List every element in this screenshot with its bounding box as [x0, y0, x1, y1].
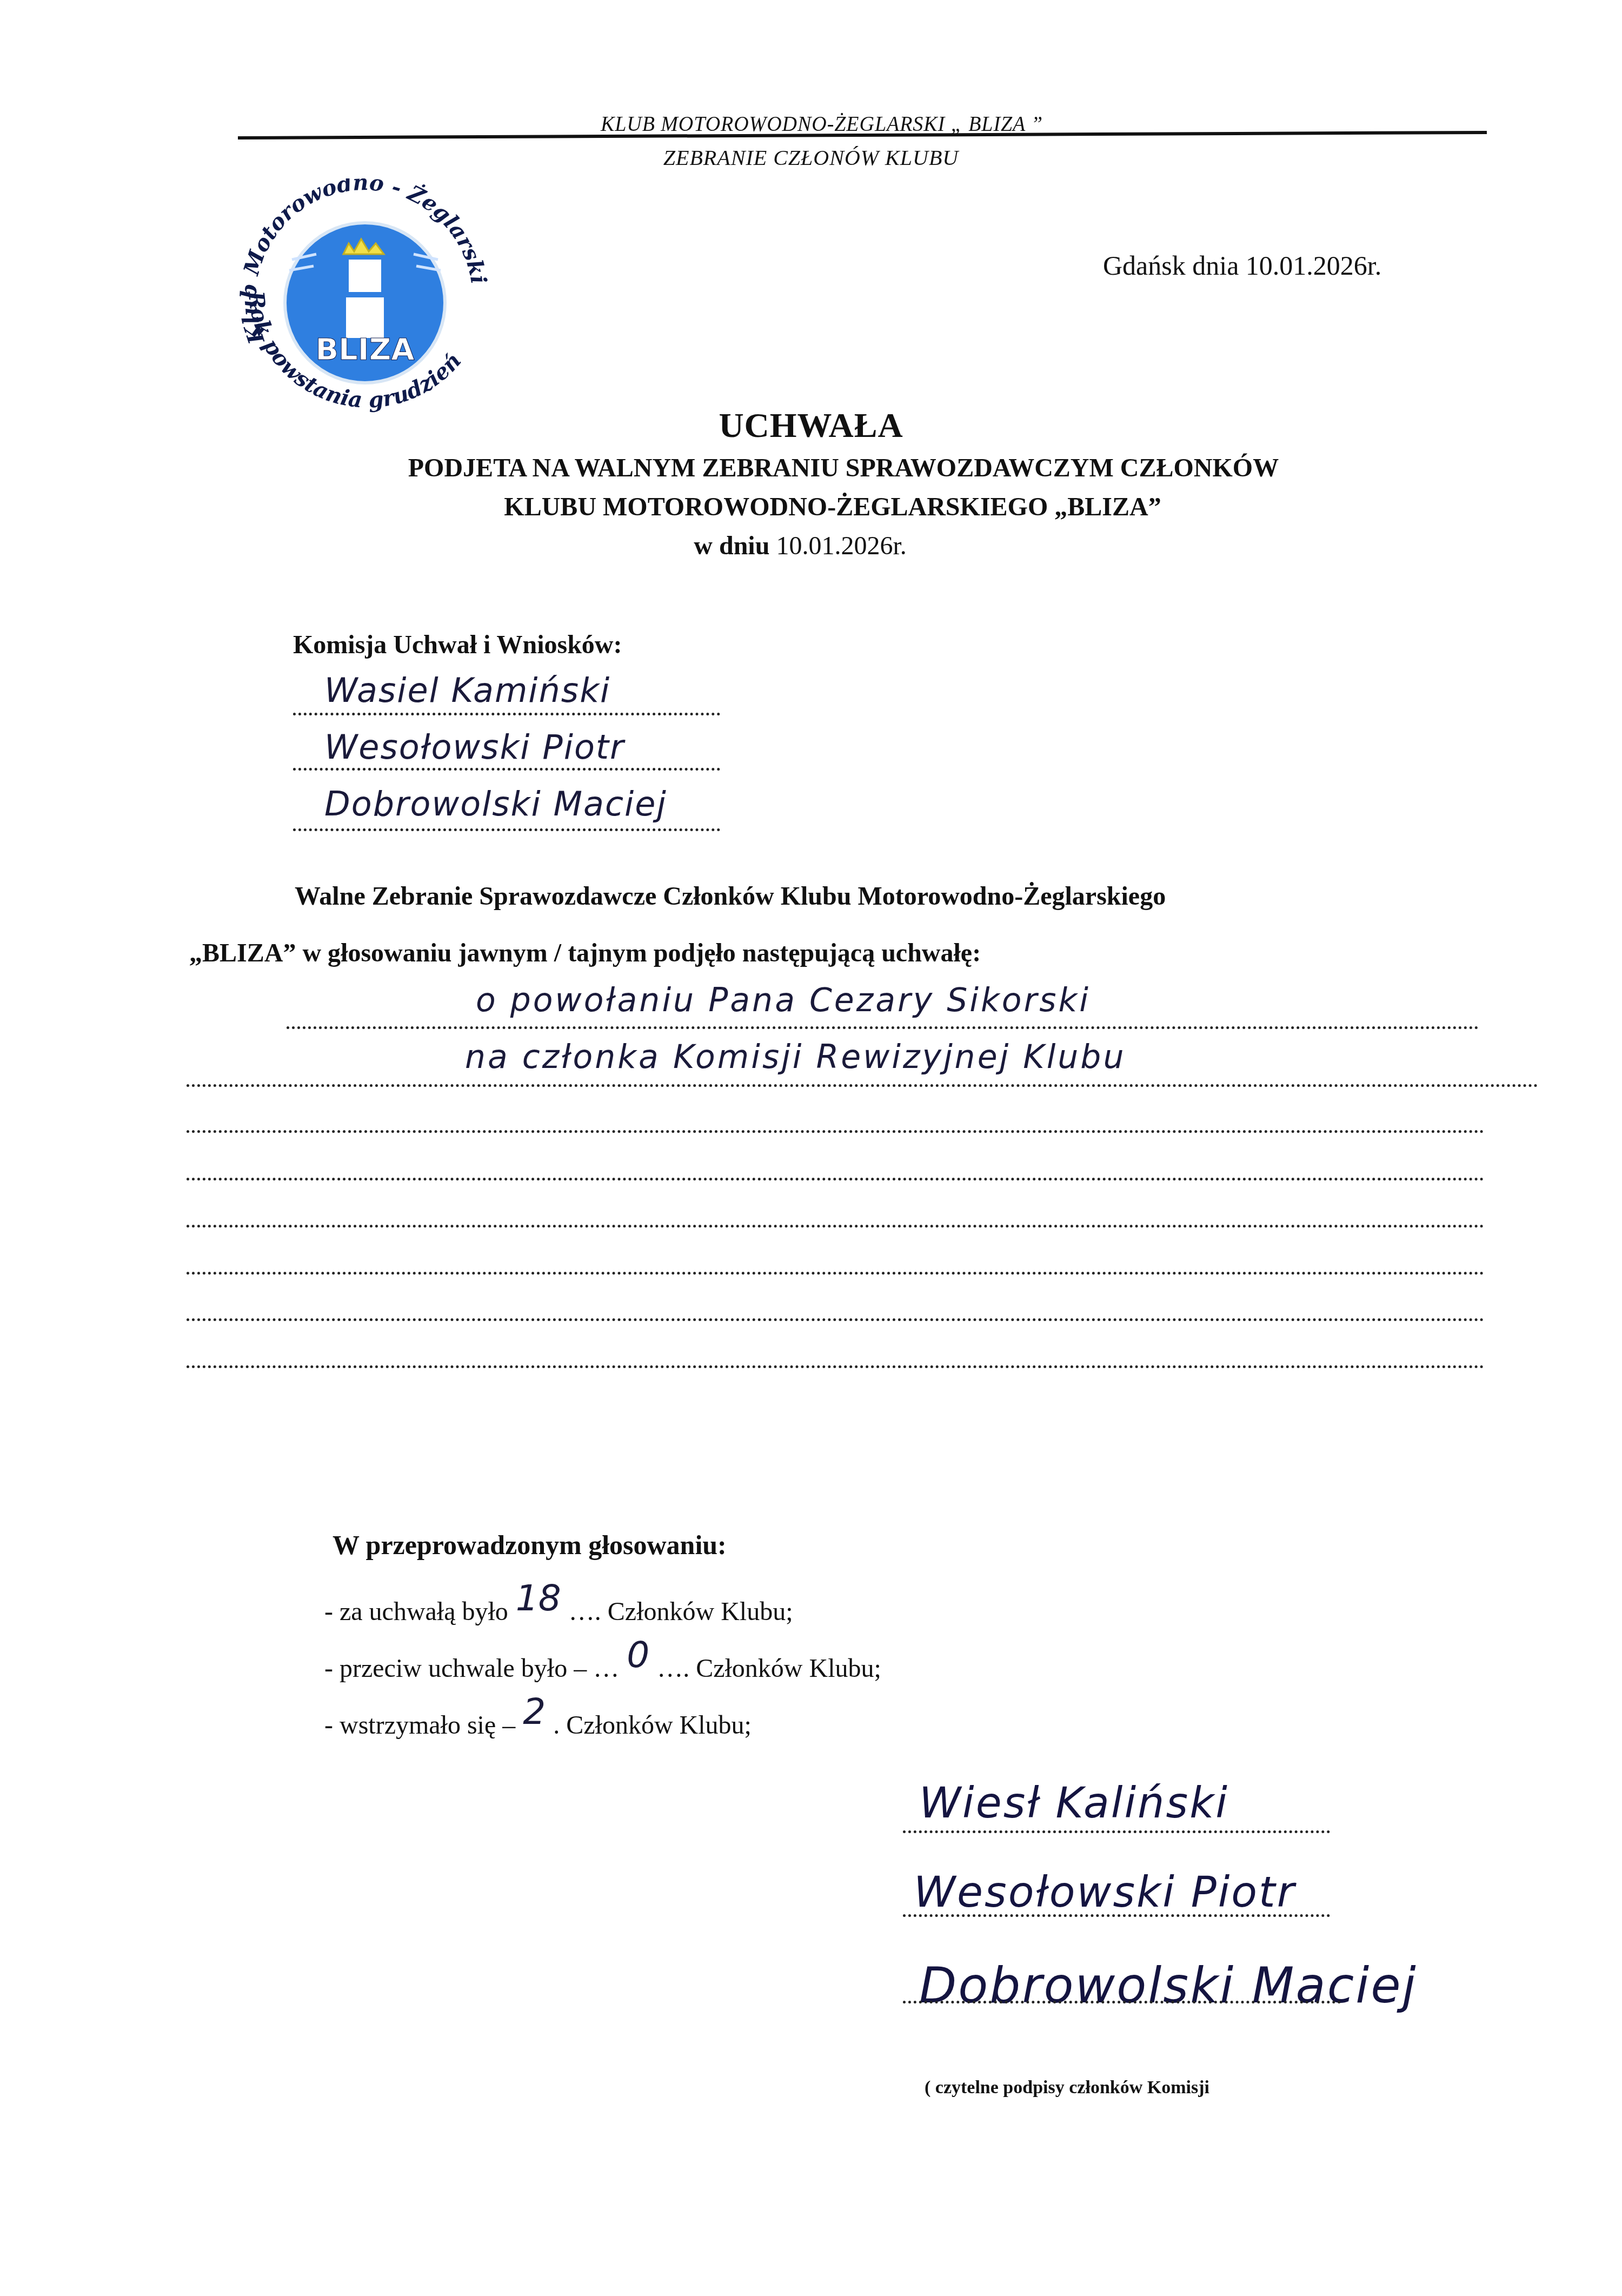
vote-against-count: 0: [627, 1634, 649, 1676]
resolution-line: [187, 1130, 1484, 1133]
subtitle-line-1: PODJETA NA WALNYM ZEBRANIU SPRAWOZDAWCZY…: [32, 453, 1622, 483]
commission-member-2: Wesołowski Piotr: [324, 727, 625, 767]
commission-member-line: [293, 828, 720, 831]
document-title: UCHWAŁA: [0, 406, 1622, 446]
resolution-line: [187, 1178, 1484, 1180]
vote-against-suffix: …. Członków Klubu;: [657, 1654, 881, 1683]
commission-member-1: Wasiel Kamiński: [324, 671, 610, 710]
voting-heading: W przeprowadzonym głosowaniu:: [333, 1529, 727, 1561]
statement-line-2: „BLIZA” w głosowaniu jawnym / tajnym pod…: [189, 938, 981, 968]
subtitle-line-2: KLUBU MOTOROWODNO-ŻEGLARSKIEGO „BLIZA”: [22, 492, 1622, 522]
commission-member-3: Dobrowolski Maciej: [324, 784, 667, 824]
resolution-line: [187, 1272, 1484, 1275]
vote-abstain-count: 2: [523, 1691, 546, 1733]
commission-label: Komisja Uchwał i Wniosków:: [293, 630, 622, 660]
signature-line: [903, 2001, 1341, 2003]
vote-for-row: - za uchwałą było 18 …. Członków Klubu;: [324, 1587, 793, 1629]
vote-for-label: - za uchwałą było: [324, 1597, 508, 1626]
signature-3: Dobrowolski Maciej: [919, 1957, 1418, 2014]
place-and-date: Gdańsk dnia 10.01.2026r.: [1103, 250, 1381, 281]
subtitle-date: 10.01.2026r.: [776, 532, 906, 560]
signature-line: [903, 1830, 1330, 1833]
subtitle-line-3: w dniu 10.01.2026r.: [0, 531, 1611, 561]
vote-for-count: 18: [516, 1577, 561, 1619]
signature-2: Wesołowski Piotr: [914, 1868, 1296, 1917]
resolution-line: [187, 1318, 1484, 1321]
subtitle-date-prefix: w dniu: [694, 532, 769, 560]
vote-abstain-label: - wstrzymało się –: [324, 1711, 515, 1740]
vote-abstain-row: - wstrzymało się – 2 . Członków Klubu;: [324, 1701, 752, 1742]
commission-member-line: [293, 768, 720, 771]
signature-1: Wiesł Kaliński: [919, 1779, 1229, 1828]
signature-caption: ( czytelne podpisy członków Komisji: [925, 2078, 1209, 2098]
statement-line-1: Walne Zebranie Sprawozdawcze Członków Kl…: [295, 881, 1166, 911]
resolution-text-line-2: na członka Komisji Rewizyjnej Klubu: [465, 1038, 1126, 1076]
svg-text:BLIZA: BLIZA: [315, 332, 415, 367]
resolution-line: [187, 1225, 1484, 1227]
vote-against-row: - przeciw uchwale było – … 0 …. Członków…: [324, 1644, 881, 1685]
resolution-line: [187, 1084, 1538, 1087]
commission-member-line: [293, 713, 720, 715]
vote-abstain-suffix: . Członków Klubu;: [553, 1711, 752, 1740]
resolution-text-line-1: o powołaniu Pana Cezary Sikorski: [476, 981, 1091, 1019]
meeting-header: ZEBRANIE CZŁONÓW KLUBU: [595, 145, 1027, 170]
resolution-line: [187, 1365, 1484, 1368]
vote-for-suffix: …. Członków Klubu;: [569, 1597, 793, 1626]
vote-against-label: - przeciw uchwale było – …: [324, 1654, 619, 1683]
signature-line: [903, 1914, 1330, 1917]
resolution-line: [287, 1026, 1479, 1029]
